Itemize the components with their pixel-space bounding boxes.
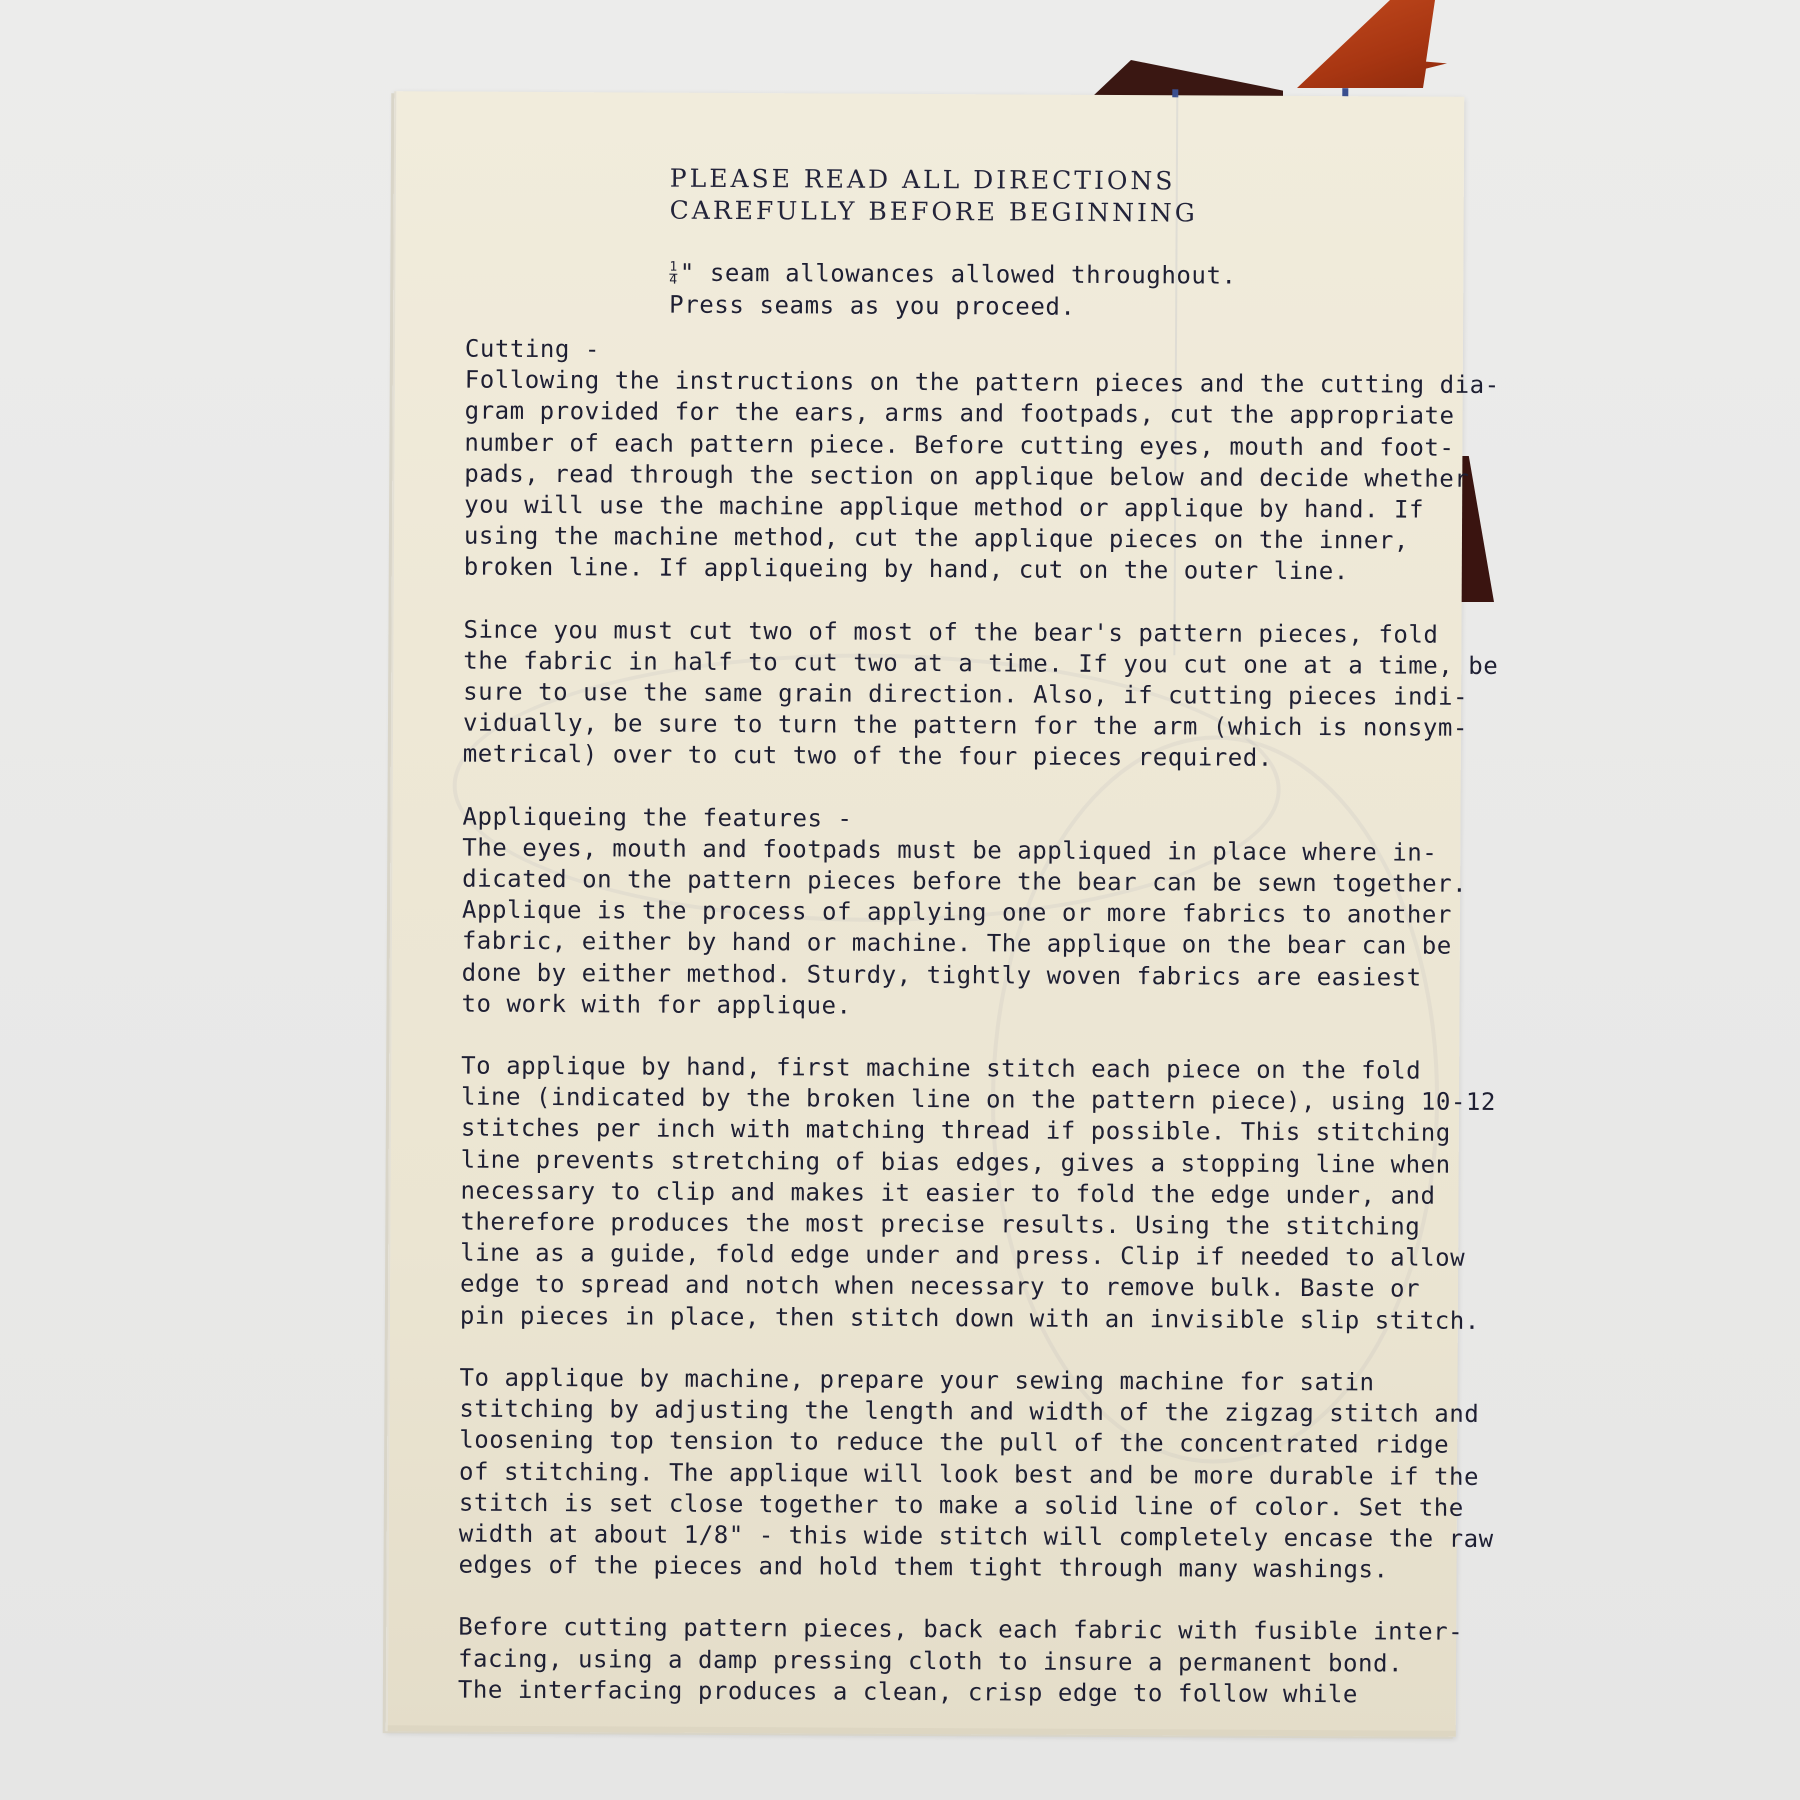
text-line: width at about 1/8" - this wide stitch w… bbox=[459, 1518, 1439, 1554]
text-line: stitches per inch with matching thread i… bbox=[461, 1113, 1441, 1149]
instructions-body: Cutting -Following the instructions on t… bbox=[458, 334, 1445, 1742]
text-line: done by either method. Sturdy, tightly w… bbox=[462, 957, 1442, 993]
text-line: necessary to clip and makes it easier to… bbox=[460, 1175, 1440, 1211]
text-line: pads, read through the section on appliq… bbox=[464, 458, 1444, 494]
section-title: Appliqueing the features - bbox=[462, 801, 1442, 837]
text-line: loosening top tension to reduce the pull… bbox=[459, 1425, 1439, 1461]
instruction-paragraph: Appliqueing the features -The eyes, mout… bbox=[461, 801, 1442, 1025]
text-line: gram provided for the ears, arms and foo… bbox=[465, 396, 1445, 432]
instruction-paragraph: Cutting -Following the instructions on t… bbox=[464, 334, 1445, 589]
text-line: stitching by adjusting the length and wi… bbox=[459, 1394, 1439, 1430]
fraction-one-quarter: 1 4 bbox=[669, 261, 678, 286]
blue-tab-mark bbox=[1342, 88, 1348, 96]
instruction-paragraph: Since you must cut two of most of the be… bbox=[463, 614, 1444, 775]
text-line: edges of the pieces and hold them tight … bbox=[459, 1550, 1439, 1586]
heading-line: PLEASE READ ALL DIRECTIONS bbox=[670, 163, 1198, 198]
press-seams-note: Press seams as you proceed. bbox=[669, 289, 1236, 324]
text-line: Before cutting pattern pieces, back each… bbox=[458, 1612, 1438, 1648]
text-line: Since you must cut two of most of the be… bbox=[463, 614, 1443, 650]
text-line: line prevents stretching of bias edges, … bbox=[461, 1144, 1441, 1180]
text-line: The eyes, mouth and footpads must be app… bbox=[462, 832, 1442, 868]
text-line: therefore produces the most precise resu… bbox=[460, 1207, 1440, 1243]
text-line: facing, using a damp pressing cloth to i… bbox=[458, 1643, 1438, 1679]
text-line: metrical) over to cut two of the four pi… bbox=[463, 739, 1443, 775]
text-line: Applique is the process of applying one … bbox=[462, 895, 1442, 931]
seam-notes: 1 4 " seam allowances allowed throughout… bbox=[669, 257, 1237, 324]
instruction-sheet: PLEASE READ ALL DIRECTIONS CAREFULLY BEF… bbox=[386, 91, 1465, 1737]
text-line: you will use the machine applique method… bbox=[464, 490, 1444, 526]
text-line: the fabric in half to cut two at a time.… bbox=[463, 645, 1443, 681]
page-heading: PLEASE READ ALL DIRECTIONS CAREFULLY BEF… bbox=[670, 163, 1198, 230]
text-line: sure to use the same grain direction. Al… bbox=[463, 677, 1443, 713]
text-line: dicated on the pattern pieces before the… bbox=[462, 864, 1442, 900]
text-line: line (indicated by the broken line on th… bbox=[461, 1082, 1441, 1118]
heading-line: CAREFULLY BEFORE BEGINNING bbox=[670, 195, 1198, 230]
text-line: using the machine method, cut the appliq… bbox=[464, 521, 1444, 557]
text-line: of stitching. The applique will look bes… bbox=[459, 1456, 1439, 1492]
text-line: line as a guide, fold edge under and pre… bbox=[460, 1238, 1440, 1274]
section-title: Cutting - bbox=[465, 334, 1445, 370]
text-line: broken line. If appliqueing by hand, cut… bbox=[464, 552, 1444, 588]
text-line: To applique by hand, first machine stitc… bbox=[461, 1051, 1441, 1087]
text-line: The interfacing produces a clean, crisp … bbox=[458, 1674, 1438, 1710]
text-line: edge to spread and notch when necessary … bbox=[460, 1269, 1440, 1305]
instruction-paragraph: Before cutting pattern pieces, back each… bbox=[458, 1612, 1438, 1711]
instruction-paragraph: To applique by machine, prepare your sew… bbox=[459, 1362, 1440, 1586]
text-line: vidually, be sure to turn the pattern fo… bbox=[463, 708, 1443, 744]
text-line: stitch is set close together to make a s… bbox=[459, 1487, 1439, 1523]
text-line: number of each pattern piece. Before cut… bbox=[464, 427, 1444, 463]
text-line: pin pieces in place, then stitch down wi… bbox=[460, 1300, 1440, 1336]
text-line: fabric, either by hand or machine. The a… bbox=[462, 926, 1442, 962]
text-line: to work with for applique. bbox=[461, 988, 1441, 1024]
instruction-paragraph: To applique by hand, first machine stitc… bbox=[460, 1051, 1441, 1337]
seam-allowance-note: 1 4 " seam allowances allowed throughout… bbox=[669, 257, 1236, 292]
text-line: Following the instructions on the patter… bbox=[465, 365, 1445, 401]
text-line: To applique by machine, prepare your sew… bbox=[459, 1362, 1439, 1398]
